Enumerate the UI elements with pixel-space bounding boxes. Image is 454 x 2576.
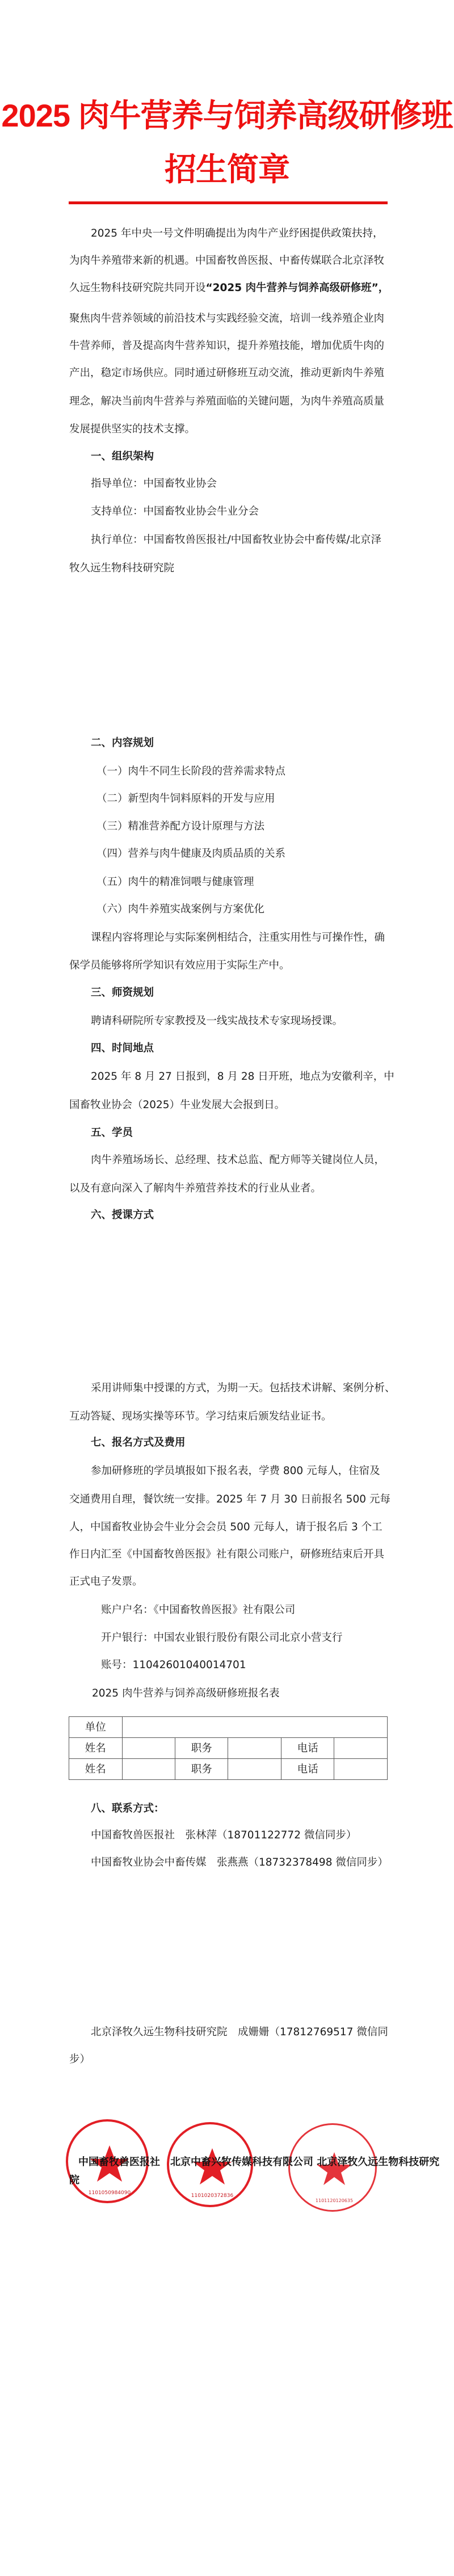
table-row: 单位 [69,1717,388,1738]
students-text: 肉牛养殖场场长、总经理、技术总监、配方师等关键岗位人员， [91,1154,385,1167]
intro-line: 聚焦肉牛营养领域的前沿技术与实践经验交流，培训一线养殖企业肉 [69,312,384,326]
time-place-text: 2025 年 8 月 27 日报到，8 月 28 日开班，地点为安徽利辛，中 [91,1070,394,1084]
unit-label: 单位 [69,1717,123,1738]
doc-title-line2: 招生简章 [0,151,454,188]
intro-line: 发展提供坚实的技术支撑。 [69,423,195,436]
seal-code: 1101020372836 [191,2193,234,2199]
registration-text: 作日内汇至《中国畜牧兽医报》社有限公司账户，研修班结束后开具 [69,1548,384,1561]
table-row: 姓名 职务 电话 [69,1738,388,1759]
intro-line: 2025 年中央一号文件明确提出为肉牛产业纾困提供政策扶持， [91,227,383,241]
table-row: 姓名 职务 电话 [69,1759,388,1780]
registration-text: 交通费用自理，餐饮统一安排。2025 年 7 月 30 日前报名 500 元每 [69,1493,390,1506]
faculty-text: 聘请科研院所专家教授及一线实战技术专家现场授课。 [91,1015,343,1028]
org-guide: 指导单位：中国畜牧业协会 [91,477,217,491]
phone-label: 电话 [281,1738,334,1759]
content-item: （五）肉牛的精准饲喂与健康管理 [96,875,254,889]
content-note-cont: 保学员能够将所学知识有效应用于实际生产中。 [69,959,290,973]
contact-1: 中国畜牧兽医报社 张林萍（18701122772 微信同步） [91,1829,356,1842]
content-item: （一）肉牛不同生长阶段的营养需求特点 [96,765,285,778]
org-exec: 执行单位：中国畜牧兽医报社/中国畜牧业协会中畜传媒/北京泽 [91,533,381,547]
content-item: （四）营养与肉牛健康及肉质品质的关系 [96,847,285,861]
account-number: 账号：11042601040014701 [101,1659,246,1672]
section-heading-time-place: 四、时间地点 [91,1042,154,1055]
position-label: 职务 [175,1759,228,1780]
teaching-text-cont: 互动答疑、现场实操等环节。学习结束后颁发结业证书。 [69,1410,332,1424]
name-label: 姓名 [69,1759,123,1780]
intro-line: 理念，解决当前肉牛营养与养殖面临的关键问题，为肉牛养殖高质量 [69,395,384,409]
seal-code: 1101120120635 [316,2198,353,2203]
seal-caption-cont: 院 [69,2174,79,2187]
teaching-text: 采用讲师集中授课的方式，为期一天。包括技术讲解、案例分析、 [91,1382,396,1395]
program-name-highlight: “2025 肉牛营养与饲养高级研修班”， [206,282,389,294]
registration-text: 参加研修班的学员填报如下报名表，学费 800 元每人，住宿及 [91,1464,380,1478]
section-heading-teaching: 六、授课方式 [91,1209,154,1222]
content-note: 课程内容将理论与实际案例相结合，注重实用性与可操作性，确 [91,931,385,945]
section-heading-contact: 八、联系方式： [91,1802,165,1816]
seal-code: 1101050984090 [89,2190,131,2196]
content-item: （六）肉牛养殖实战案例与方案优化 [96,903,264,916]
section-heading-faculty: 三、师资规划 [91,986,154,1000]
section-heading-org: 一、组织架构 [91,450,154,464]
contact-3: 北京泽牧久远生物科技研究院 成姗姗（17812769517 微信同 [91,2026,388,2039]
registration-text: 正式电子发票。 [69,1575,143,1589]
students-text-cont: 以及有意向深入了解肉牛养殖营养技术的行业从业者。 [69,1182,321,1196]
name-field[interactable] [122,1738,175,1759]
position-label: 职务 [175,1738,228,1759]
registration-text: 人，中国畜牧业协会牛业分会会员 500 元每人，请于报名后 3 个工 [69,1521,382,1534]
position-field[interactable] [228,1759,281,1780]
seal-caption: 中国畜牧兽医报社 北京中畜兴牧传媒科技有限公司 北京泽牧久远生物科技研究 [78,2156,439,2169]
phone-field[interactable] [334,1759,388,1780]
form-title: 2025 肉牛营养与饲养高级研修班报名表 [92,1687,279,1701]
time-place-text-cont: 国畜牧业协会（2025）牛业发展大会报到日。 [69,1098,285,1112]
bank-name: 开户银行：中国农业银行股份有限公司北京小营支行 [101,1631,343,1645]
name-field[interactable] [122,1759,175,1780]
section-heading-students: 五、学员 [91,1126,133,1140]
account-name: 账户户名：《中国畜牧兽医报》社有限公司 [101,1603,295,1617]
section-heading-registration: 七、报名方式及费用 [91,1436,186,1450]
title-divider [69,201,388,204]
phone-field[interactable] [334,1738,388,1759]
star-icon: 1101120120635 [290,2125,379,2213]
content-item: （二）新型肉牛饲料原料的开发与应用 [96,792,275,806]
doc-title-line1: 2025 肉牛营养与饲养高级研修班 [0,98,454,134]
unit-field[interactable] [122,1717,388,1738]
registration-form-table: 单位 姓名 职务 电话 姓名 职务 电话 [69,1716,388,1780]
contact-2: 中国畜牧业协会中畜传媒 张燕燕（18732378498 微信同步） [91,1856,388,1870]
contact-3-cont: 步） [69,2053,90,2066]
content-item: （三）精准营养配方设计原理与方法 [96,820,264,834]
section-heading-content: 二、内容规划 [91,736,154,750]
name-label: 姓名 [69,1738,123,1759]
intro-line: 产出，稳定市场供应。同时通过研修班互动交流，推动更新肉牛养殖 [69,367,384,380]
org-exec-cont: 牧久远生物科技研究院 [69,562,174,575]
position-field[interactable] [228,1738,281,1759]
phone-label: 电话 [281,1759,334,1780]
org-support: 支持单位：中国畜牧业协会牛业分会 [91,505,259,519]
intro-line: 久远生物科技研究院共同开设“2025 肉牛营养与饲养高级研修班”， [69,281,389,295]
intro-text: 久远生物科技研究院共同开设 [69,282,206,294]
intro-line: 为肉牛养殖带来新的机遇。中国畜牧兽医报、中畜传媒联合北京泽牧 [69,254,384,268]
intro-line: 牛营养师，普及提高肉牛营养知识，提升养殖技能，增加优质牛肉的 [69,339,384,353]
